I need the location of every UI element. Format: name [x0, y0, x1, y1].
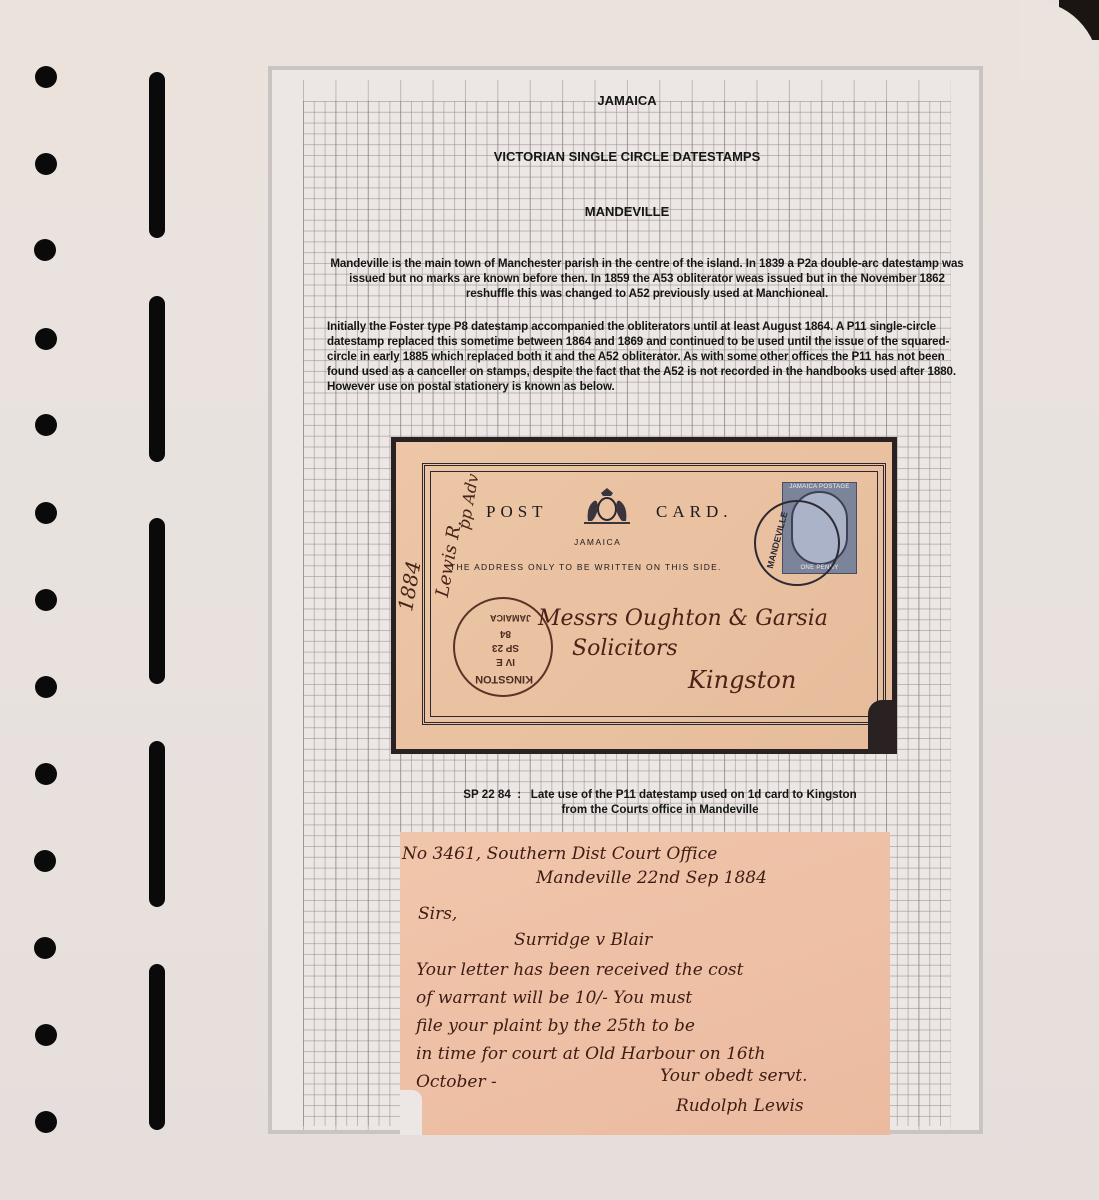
- binder-slot-icon: [149, 741, 165, 907]
- letter-line: No 3461, Southern Dist Court Office: [402, 844, 717, 864]
- letter-line: file your plaint by the 25th to be: [416, 1016, 695, 1036]
- page-title-office: MANDEVILLE: [303, 204, 951, 219]
- binder-hole-icon: [34, 937, 56, 959]
- postcard-title-card: CARD.: [656, 502, 732, 522]
- intro-paragraph-2: Initially the Foster type P8 datestamp a…: [327, 319, 967, 394]
- kingston-postmark-town: KINGSTON: [475, 673, 533, 685]
- letter-line: Mandeville 22nd Sep 1884: [536, 868, 767, 888]
- page-title-section: VICTORIAN SINGLE CIRCLE DATESTAMPS: [303, 149, 951, 164]
- letter-line: of warrant will be 10/- You must: [416, 988, 692, 1008]
- handwritten-address-line-2: Solicitors: [572, 636, 678, 661]
- binder-hole-icon: [34, 850, 56, 872]
- letter-line: Your obedt servt.: [660, 1066, 808, 1086]
- binder-hole-icon: [35, 414, 57, 436]
- binder-slot-icon: [149, 518, 165, 684]
- caption-line-1: SP 22 84 : Late use of the P11 datestamp…: [420, 787, 900, 802]
- postcard-title-post: POST: [486, 502, 548, 522]
- mandeville-postmark-icon: [754, 500, 840, 586]
- letter-line: October -: [416, 1072, 497, 1092]
- kingston-postmark-date: SP 23: [492, 642, 519, 653]
- stamp-top-label: JAMAICA POSTAGE: [783, 484, 856, 490]
- letter-line: in time for court at Old Harbour on 16th: [416, 1044, 765, 1064]
- postcard-torn-corner: [868, 700, 896, 754]
- binder-hole-icon: [35, 328, 57, 350]
- kingston-postmark-country: JAMAICA: [490, 613, 531, 623]
- binder-hole-icon: [35, 676, 57, 698]
- item-caption: SP 22 84 : Late use of the P11 datestamp…: [420, 787, 900, 817]
- kingston-postmark-year: 84: [500, 628, 511, 639]
- postcard-instruction: THE ADDRESS ONLY TO BE WRITTEN ON THIS S…: [450, 562, 722, 572]
- handwritten-address-line-3: Kingston: [688, 666, 796, 694]
- letter-line: Your letter has been received the cost: [416, 960, 744, 980]
- binder-hole-icon: [35, 1111, 57, 1133]
- kingston-postmark-code: IV E: [496, 656, 515, 667]
- letter-signature: Rudolph Lewis: [676, 1096, 804, 1116]
- binder-hole-icon: [35, 66, 57, 88]
- letter-torn-corner: [400, 1090, 422, 1135]
- binder-hole-icon: [35, 502, 57, 524]
- postcard-country: JAMAICA: [574, 537, 621, 547]
- caption-line-2: from the Courts office in Mandeville: [420, 802, 900, 817]
- binder-hole-icon: [35, 589, 57, 611]
- letter-line: Surridge v Blair: [514, 930, 652, 950]
- letter-line: Sirs,: [418, 904, 457, 924]
- binder-hole-icon: [35, 1024, 57, 1046]
- intro-paragraph-1: Mandeville is the main town of Mancheste…: [327, 256, 967, 301]
- page-title-country: JAMAICA: [303, 93, 951, 108]
- binder-slot-icon: [149, 296, 165, 462]
- royal-arms-icon: [578, 487, 636, 527]
- binder-slot-icon: [149, 964, 165, 1130]
- binder-hole-icon: [35, 763, 57, 785]
- handwritten-address-line-1: Messrs Oughton & Garsia: [538, 606, 828, 631]
- binder-hole-icon: [34, 239, 56, 261]
- binder-slot-icon: [149, 72, 165, 238]
- binder-hole-icon: [35, 153, 57, 175]
